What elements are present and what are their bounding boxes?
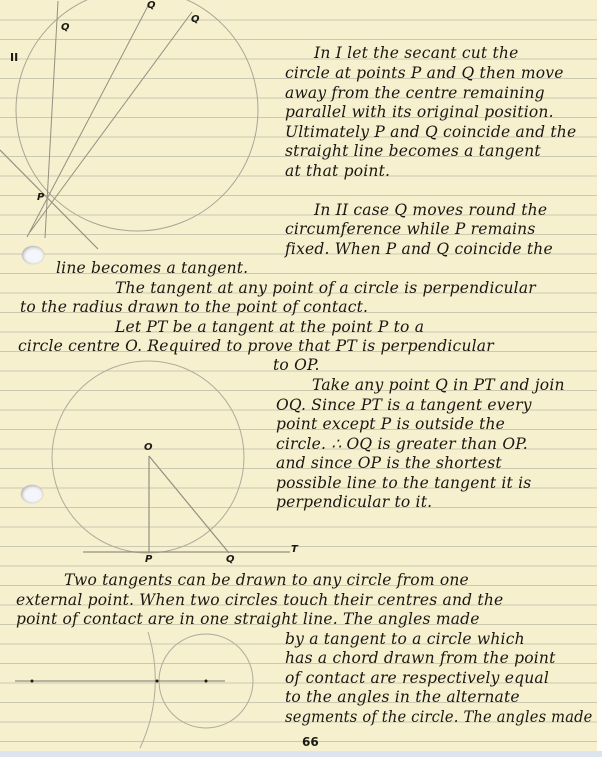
- fig1-label: II: [10, 51, 18, 64]
- fig1-secant-3: [30, 12, 192, 232]
- fig2-point-q: Q: [226, 554, 235, 565]
- fig1-secant-2: [27, 2, 150, 237]
- page-number: 66: [302, 735, 319, 749]
- fig1-point-q-right: Q: [191, 14, 200, 25]
- fig1-point-p: P: [37, 192, 44, 203]
- fig3-large-circle-arc: [140, 632, 155, 748]
- punch-hole-bottom: [21, 485, 43, 503]
- punch-hole-top: [22, 246, 44, 264]
- fig2-line-OQ: [149, 456, 229, 553]
- fig2-point-o: O: [144, 442, 153, 453]
- fig1-point-q-mid: Q: [147, 0, 156, 11]
- fig2-point-t: T: [291, 544, 298, 555]
- fig1-circle: [16, 0, 258, 231]
- fig2-circle: [52, 361, 244, 553]
- scan-border-bottom: [0, 751, 602, 757]
- fig2-point-p: P: [145, 554, 152, 565]
- fig1-point-q-left: Q: [61, 22, 70, 33]
- notebook-page: II Q Q Q P O P Q T In I let the secant c…: [0, 0, 597, 751]
- scan-border-right: [597, 0, 602, 757]
